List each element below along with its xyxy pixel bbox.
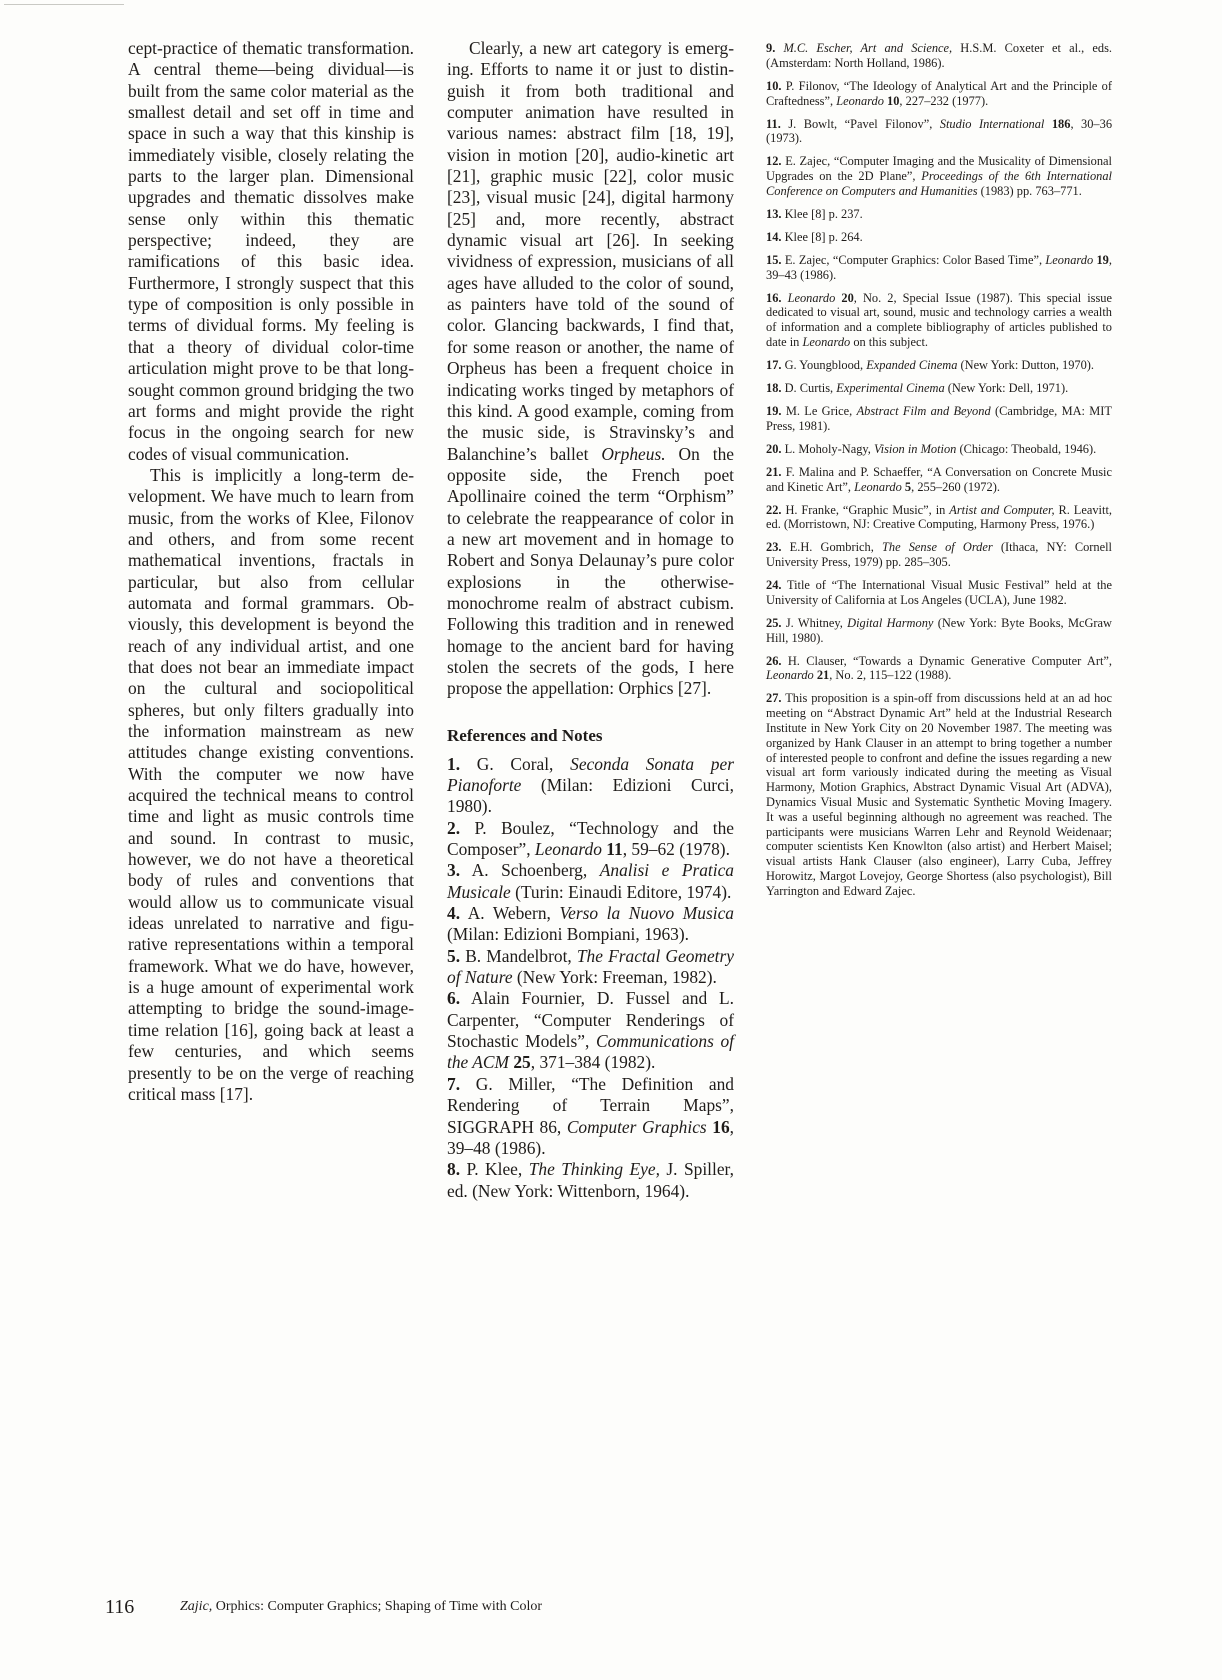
reference-italic-title: Digital Harmony (847, 616, 933, 630)
reference-italic-title: Leonardo (788, 291, 836, 305)
reference-text: Title of “The International Visual Music… (766, 578, 1112, 607)
reference-note: 11. J. Bowlt, “Pavel Filonov”, Studio In… (766, 117, 1112, 147)
reference-note: 21. F. Malina and P. Schaeffer, “A Conve… (766, 465, 1112, 495)
reference-note: 17. G. Youngblood, Expanded Cinema (New … (766, 358, 1112, 373)
reference-text: L. Moholy-Nagy, (785, 442, 874, 456)
reference-number: 12. (766, 154, 782, 168)
reference-italic-title: Leonardo (802, 335, 850, 349)
reference-number: 11. (766, 117, 781, 131)
running-title: Zajic, Orphics: Computer Graphics; Shapi… (180, 1599, 542, 1615)
reference-number: 20. (766, 442, 782, 456)
reference-text: G. Youngblood, (785, 358, 867, 372)
references-list-part-2: 9. M.C. Escher, Art and Science, H.S.M. … (766, 41, 1112, 899)
reference-italic-title: Leonardo (854, 480, 902, 494)
reference-volume: 16 (707, 1117, 730, 1137)
reference-number: 9. (766, 41, 775, 55)
reference-text: B. Mandelbrot, (465, 946, 577, 966)
reference-number: 6. (447, 988, 460, 1008)
reference-volume: 21 (814, 668, 830, 682)
reference-note: 10. P. Filonov, “The Ideology of Analyti… (766, 79, 1112, 109)
reference-number: 1. (447, 754, 460, 774)
reference-text: (Chicago: Theobald, 1946). (956, 442, 1096, 456)
reference-number: 27. (766, 691, 782, 705)
reference-note: 15. E. Zajec, “Computer Graphics: Color … (766, 253, 1112, 283)
reference-text: on this subject. (850, 335, 928, 349)
reference-number: 4. (447, 903, 460, 923)
reference-volume: 11 (602, 839, 623, 859)
reference-volume: 186 (1044, 117, 1070, 131)
paragraph-text: Clearly, a new art category is emerg­ing… (447, 38, 734, 464)
reference-text: E. Zajec, “Computer Graphics: Color Base… (785, 253, 1046, 267)
reference-note: 24. Title of “The International Visual M… (766, 578, 1112, 608)
reference-text: A. Schoenberg, (472, 860, 600, 880)
reference-text: D. Curtis, (785, 381, 837, 395)
reference-number: 26. (766, 654, 782, 668)
running-title-author: Zajic, (180, 1599, 212, 1614)
reference-text: , 227–232 (1977). (899, 94, 988, 108)
reference-text: H. Franke, “Graphic Music”, in (785, 503, 949, 517)
reference-note: 25. J. Whitney, Digital Harmony (New Yor… (766, 616, 1112, 646)
reference-text: , 59–62 (1978). (623, 839, 730, 859)
reference-text: G. Coral, (477, 754, 570, 774)
reference-number: 8. (447, 1159, 460, 1179)
reference-text: (New York: Dell, 1971). (945, 381, 1069, 395)
reference-number: 24. (766, 578, 782, 592)
reference-note: 9. M.C. Escher, Art and Science, H.S.M. … (766, 41, 1112, 71)
reference-number: 19. (766, 404, 782, 418)
reference-italic-title: Abstract Film and Beyond (857, 404, 991, 418)
reference-volume: 19 (1093, 253, 1109, 267)
reference-text: Klee [8] p. 264. (785, 230, 863, 244)
reference-number: 16. (766, 291, 782, 305)
reference-italic-title: Vision in Motion (874, 442, 956, 456)
reference-text: J. Bowlt, “Pavel Filonov”, (788, 117, 939, 131)
reference-note: 16. Leonardo 20, No. 2, Special Issue (1… (766, 291, 1112, 350)
reference-text: (New York: Freeman, 1982). (513, 967, 717, 987)
reference-italic-title: Computer Graphics (567, 1117, 707, 1137)
running-title-text: Orphics: Computer Graphics; Shaping of T… (212, 1599, 542, 1614)
reference-number: 23. (766, 540, 782, 554)
reference-number: 14. (766, 230, 782, 244)
reference-italic-title: Experimental Cinema (836, 381, 944, 395)
reference-note: 26. H. Clauser, “Towards a Dynamic Gener… (766, 654, 1112, 684)
reference-number: 17. (766, 358, 782, 372)
reference-number: 5. (447, 946, 460, 966)
reference-number: 18. (766, 381, 782, 395)
reference-text: P. Klee, (467, 1159, 529, 1179)
reference-italic-title: Leonardo (836, 94, 884, 108)
right-column: 9. M.C. Escher, Art and Science, H.S.M. … (766, 41, 1112, 907)
reference-volume: 20 (835, 291, 853, 305)
reference-note: 13. Klee [8] p. 237. (766, 207, 1112, 222)
reference-volume: 25 (509, 1052, 531, 1072)
reference-number: 22. (766, 503, 782, 517)
reference-number: 7. (447, 1074, 460, 1094)
reference-italic-title: The Thinking Eye, (529, 1159, 660, 1179)
reference-note: 27. This proposition is a spin-off from … (766, 691, 1112, 898)
body-paragraph: Clearly, a new art category is emerg­ing… (447, 38, 734, 700)
reference-italic-title: Leonardo (766, 668, 814, 682)
reference-note: 8. P. Klee, The Thinking Eye, J. Spiller… (447, 1159, 734, 1202)
reference-note: 2. P. Boulez, “Technology and the Compos… (447, 818, 734, 861)
reference-number: 21. (766, 465, 782, 479)
left-column: cept-practice of thematic transforma­tio… (128, 38, 414, 1105)
reference-number: 2. (447, 818, 460, 838)
reference-note: 12. E. Zajec, “Computer Imaging and the … (766, 154, 1112, 198)
reference-note: 19. M. Le Grice, Abstract Film and Beyon… (766, 404, 1112, 434)
reference-volume: 5 (902, 480, 911, 494)
reference-number: 25. (766, 616, 782, 630)
reference-note: 23. E.H. Gombrich, The Sense of Order (I… (766, 540, 1112, 570)
reference-number: 15. (766, 253, 782, 267)
reference-italic-title: Leonardo (535, 839, 602, 859)
reference-text: This proposition is a spin-off from disc… (766, 691, 1112, 897)
references-list-part-1: 1. G. Coral, Seconda Sonata per Pianofor… (447, 754, 734, 1202)
references-heading: References and Notes (447, 726, 734, 746)
reference-text: A. Webern, (468, 903, 560, 923)
reference-text: (Milan: Edi­zioni Bompiani, 1963). (447, 924, 689, 944)
body-paragraph: This is implicitly a long-term de­velopm… (128, 465, 414, 1105)
middle-column: Clearly, a new art category is emerg­ing… (447, 38, 734, 1202)
reference-text: E.H. Gombrich, (790, 540, 882, 554)
page-edge-rule (4, 4, 124, 5)
reference-number: 13. (766, 207, 782, 221)
paragraph-text: On the oppo­site side, the French poet A… (447, 444, 734, 699)
reference-text: (New York: Dutton, 1970). (957, 358, 1094, 372)
reference-text: , 255–260 (1972). (911, 480, 1000, 494)
reference-italic-title: The Sense of Order (882, 540, 993, 554)
reference-text: J. Whitney, (786, 616, 847, 630)
reference-note: 1. G. Coral, Seconda Sonata per Pianofor… (447, 754, 734, 818)
body-paragraph: cept-practice of thematic transforma­tio… (128, 38, 414, 465)
reference-text: M. Le Grice, (786, 404, 857, 418)
reference-note: 4. A. Webern, Verso la Nuovo Musica (Mil… (447, 903, 734, 946)
reference-note: 20. L. Moholy-Nagy, Vision in Motion (Ch… (766, 442, 1112, 457)
reference-italic-title: Artist and Com­puter, (949, 503, 1054, 517)
reference-text: , 371–384 (1982). (531, 1052, 656, 1072)
reference-italic-title: Studio International (940, 117, 1045, 131)
reference-volume: 10 (884, 94, 900, 108)
reference-text: (Turin: Einaudi Editore, 1974). (511, 882, 732, 902)
reference-text: , No. 2, 115–122 (1988). (829, 668, 951, 682)
reference-note: 7. G. Miller, “The Definition and Render… (447, 1074, 734, 1159)
reference-note: 3. A. Schoenberg, Analisi e Pratica Musi… (447, 860, 734, 903)
reference-italic-title: M.C. Escher, Art and Science, (783, 41, 952, 55)
reference-italic-title: Leonardo (1045, 253, 1093, 267)
reference-italic-title: Expanded Cinema (866, 358, 957, 372)
page-number: 116 (105, 1596, 134, 1619)
reference-note: 14. Klee [8] p. 264. (766, 230, 1112, 245)
reference-note: 18. D. Curtis, Experimental Cinema (New … (766, 381, 1112, 396)
italic-title: Orpheus. (601, 444, 665, 464)
reference-note: 6. Alain Fournier, D. Fussel and L. Carp… (447, 988, 734, 1073)
reference-text: Klee [8] p. 237. (785, 207, 863, 221)
reference-text: H. Clauser, “Towards a Dynamic Generativ… (788, 654, 1112, 668)
reference-note: 5. B. Mandelbrot, The Fractal Geometry o… (447, 946, 734, 989)
reference-number: 10. (766, 79, 782, 93)
reference-italic-title: Verso la Nuovo Musica (559, 903, 734, 923)
reference-note: 22. H. Franke, “Graphic Music”, in Artis… (766, 503, 1112, 533)
reference-number: 3. (447, 860, 460, 880)
reference-text: (1983) pp. 763–771. (978, 184, 1082, 198)
